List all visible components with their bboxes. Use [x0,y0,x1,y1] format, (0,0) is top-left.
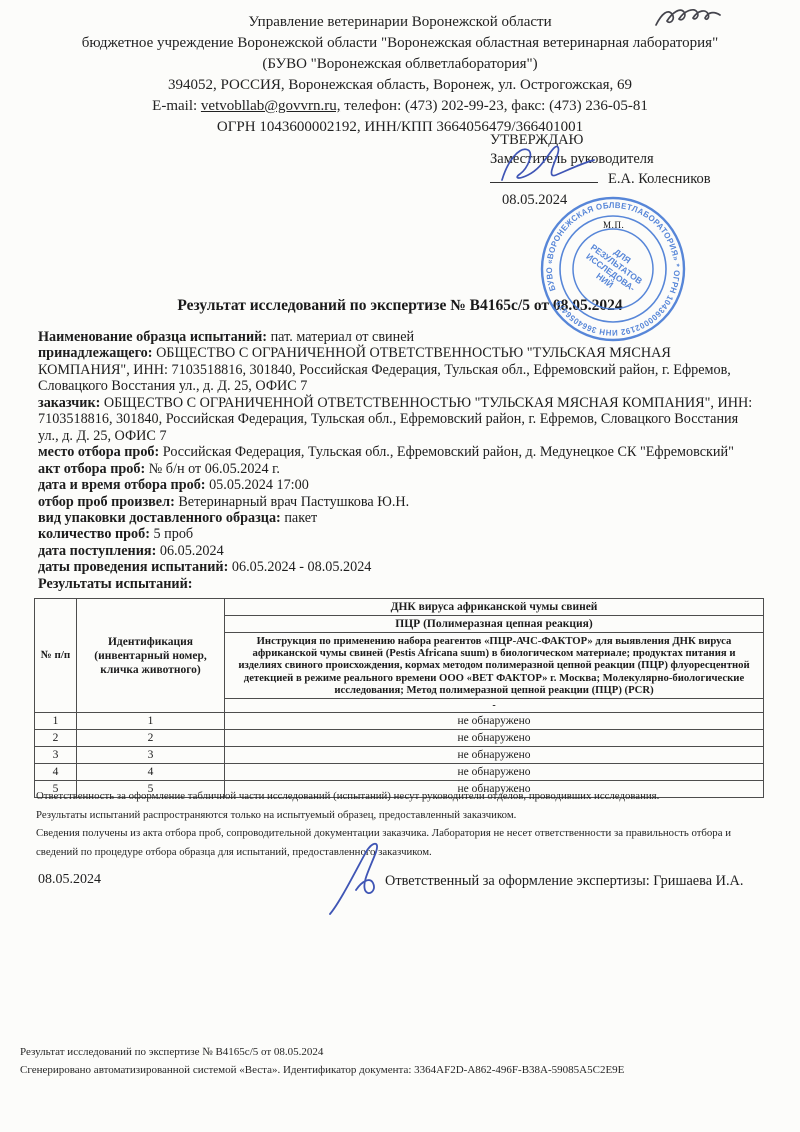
note-line: Сведения получены из акта отбора проб, с… [36,824,764,861]
row-id: 4 [77,764,225,781]
footer-generated-by: Сгенерировано автоматизированной системо… [20,1062,720,1080]
field-value: ул., д. Д. 25, ОФИС 7 [38,428,167,444]
field-value: 06.05.2024 - 08.05.2024 [228,559,371,575]
field-value: ОБЩЕСТВО С ОГРАНИЧЕННОЙ ОТВЕТСТВЕННОСТЬЮ… [153,345,671,361]
org-header: Управление ветеринарии Воронежской облас… [0,12,800,138]
field-label: акт отбора проб: [38,461,145,477]
field-value: КОМПАНИЯ", ИНН: 7103518816, 301840, Росс… [38,362,731,378]
field-label: дата поступления: [38,543,156,559]
note-line: Ответственность за оформление табличной … [36,787,764,806]
org-contacts: E-mail: vetvobllab@govvrn.ru, телефон: (… [0,96,800,117]
row-id: 1 [77,713,225,730]
field-value: Российская Федерация, Тульская обл., Ефр… [159,444,734,460]
org-name-line2: бюджетное учреждение Воронежской области… [0,33,800,54]
result-cell: не обнаружено [225,713,764,730]
field-label: Результаты испытаний: [38,576,193,592]
field-line: вид упаковки доставленного образца: паке… [38,510,768,526]
field-label: количество проб: [38,526,150,542]
field-label: дата и время отбора проб: [38,477,206,493]
field-line: Результаты испытаний: [38,576,768,592]
table-row: 3 3 не обнаружено [35,747,764,764]
field-label: заказчик: [38,395,100,411]
table-header-method: ПЦР (Полимеразная цепная реакция) [225,616,764,633]
results-table: № п/п Идентификация (инвентарный номер, … [34,598,764,798]
org-name-line1: Управление ветеринарии Воронежской облас… [0,12,800,33]
table-header-analyte: ДНК вируса африканской чумы свиней [225,599,764,616]
mp-mark: М.П. [603,220,624,230]
field-value: пат. материал от свиней [267,329,414,345]
field-line: Словацкого Восстания ул., д. Д. 25, ОФИС… [38,378,768,394]
table-header-identification: Идентификация (инвентарный номер, кличка… [77,599,225,713]
email-link[interactable]: vetvobllab@govvrn.ru, [201,98,341,114]
field-label: отбор проб произвел: [38,494,175,510]
field-label: принадлежащего: [38,345,153,361]
field-value: 5 проб [150,526,193,542]
field-label: Наименование образца испытаний: [38,329,267,345]
field-line: заказчик: ОБЩЕСТВО С ОГРАНИЧЕННОЙ ОТВЕТС… [38,395,768,411]
field-value: № б/н от 06.05.2024 г. [145,461,280,477]
responsible-label: Ответственный за оформление экспертизы: … [385,873,743,890]
result-cell: не обнаружено [225,764,764,781]
field-line: дата поступления: 06.05.2024 [38,543,768,559]
field-line: 7103518816, 301840, Российская Федерация… [38,411,768,427]
field-value: пакет [281,510,317,526]
field-label: даты проведения испытаний: [38,559,228,575]
field-label: место отбора проб: [38,444,159,460]
field-line: количество проб: 5 проб [38,526,768,542]
row-num: 1 [35,713,77,730]
field-line: КОМПАНИЯ", ИНН: 7103518816, 301840, Росс… [38,362,768,378]
table-unit-row: - [225,699,764,713]
sample-fields: Наименование образца испытаний: пат. мат… [38,329,768,592]
field-value: 05.05.2024 17:00 [206,477,309,493]
field-line: даты проведения испытаний: 06.05.2024 - … [38,559,768,575]
field-label: вид упаковки доставленного образца: [38,510,281,526]
footer-report-ref: Результат исследований по экспертизе № В… [20,1044,720,1062]
table-row: 2 2 не обнаружено [35,730,764,747]
grishaeva-signature [320,838,395,918]
phone-fax: телефон: (473) 202-99-23, факс: (473) 23… [341,98,648,114]
field-value: Ветеринарный врач Пастушкова Ю.Н. [175,494,409,510]
table-row: 1 1 не обнаружено [35,713,764,730]
field-line: место отбора проб: Российская Федерация,… [38,444,768,460]
field-line: дата и время отбора проб: 05.05.2024 17:… [38,477,768,493]
org-name-line3: (БУВО "Воронежская облветлаборатория") [0,54,800,75]
result-cell: не обнаружено [225,747,764,764]
disclaimer-notes: Ответственность за оформление табличной … [36,787,764,861]
field-value: ОБЩЕСТВО С ОГРАНИЧЕННОЙ ОТВЕТСТВЕННОСТЬЮ… [100,395,752,411]
email-label: E-mail: [152,98,201,114]
page-footer: Результат исследований по экспертизе № В… [20,1044,720,1079]
official-stamp: БУВО «ВОРОНЕЖСКАЯ ОБЛВЕТЛАБОРАТОРИЯ» * О… [536,193,690,347]
result-cell: не обнаружено [225,730,764,747]
field-line: отбор проб произвел: Ветеринарный врач П… [38,494,768,510]
signoff-date: 08.05.2024 [38,872,101,888]
document-page: Управление ветеринарии Воронежской облас… [0,0,800,1132]
field-line: акт отбора проб: № б/н от 06.05.2024 г. [38,461,768,477]
field-value: Словацкого Восстания ул., д. Д. 25, ОФИС… [38,378,307,394]
row-num: 3 [35,747,77,764]
field-line: ул., д. Д. 25, ОФИС 7 [38,428,768,444]
table-row: 4 4 не обнаружено [35,764,764,781]
row-id: 3 [77,747,225,764]
field-value: 7103518816, 301840, Российская Федерация… [38,411,738,427]
row-id: 2 [77,730,225,747]
field-value: 06.05.2024 [156,543,223,559]
approver-name: Е.А. Колесников [608,171,711,187]
table-header-method-detail: Инструкция по применению набора реагенто… [225,633,764,699]
table-header-num: № п/п [35,599,77,713]
row-num: 4 [35,764,77,781]
org-address: 394052, РОССИЯ, Воронежская область, Вор… [0,75,800,96]
row-num: 2 [35,730,77,747]
note-line: Результаты испытаний распространяются то… [36,806,764,825]
kolesnikov-signature [494,142,619,190]
field-line: принадлежащего: ОБЩЕСТВО С ОГРАНИЧЕННОЙ … [38,345,768,361]
